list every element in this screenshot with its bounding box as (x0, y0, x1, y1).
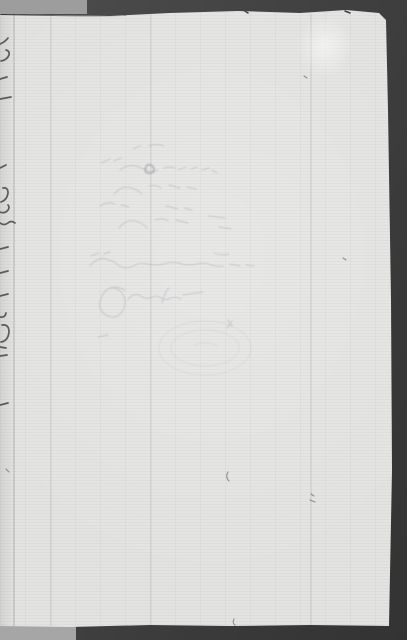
paper-highlight-spot (296, 14, 354, 78)
document-page (0, 0, 407, 640)
paper-fold-line (150, 14, 152, 626)
ink-layer (0, 0, 407, 640)
scanner-bed-light-corner-bottom (0, 626, 76, 640)
paper-fold-line (310, 14, 312, 626)
stamp-impression (159, 321, 251, 375)
paper-fold-line (50, 14, 52, 626)
bleedthrough-script (90, 145, 254, 338)
scanner-bed-light-corner-top (0, 0, 87, 14)
adjacent-page-edge-line (13, 14, 15, 626)
paper-specks (6, 76, 346, 625)
scan-surface (0, 0, 407, 640)
